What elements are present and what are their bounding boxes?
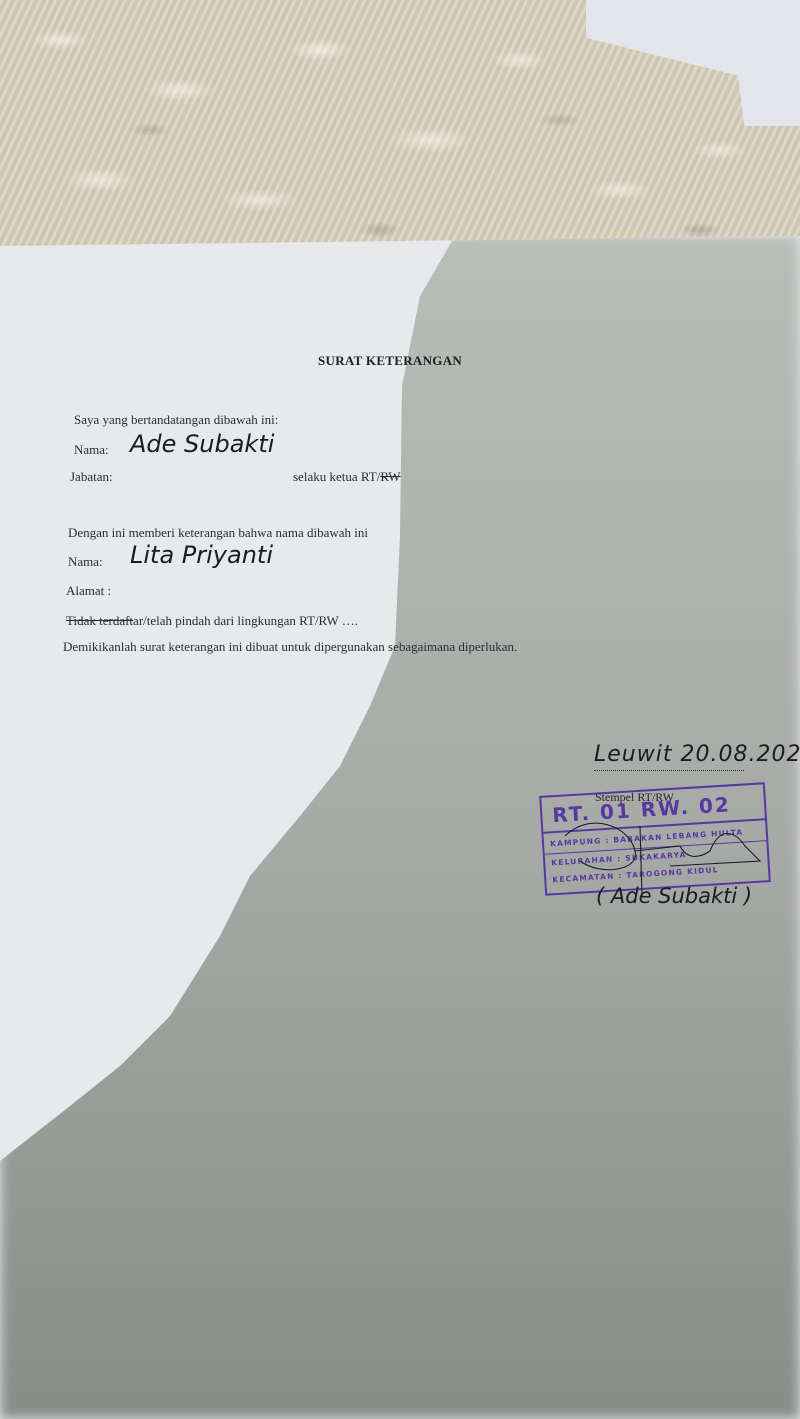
document-body: SURAT KETERANGAN Saya yang bertandatanga… [0, 236, 800, 1419]
statement-text: Dengan ini memberi keterangan bahwa nama… [68, 525, 368, 541]
subject-address-label: Alamat : [66, 583, 111, 599]
signer-position-label: Jabatan: [70, 469, 113, 485]
document-sheet: SURAT KETERANGAN Saya yang bertandatanga… [0, 236, 800, 1419]
struck-status: Tidak terdaft [66, 613, 133, 628]
subject-name-label: Nama: [68, 554, 103, 570]
closing-text: Demikikanlah surat keterangan ini dibuat… [63, 639, 517, 655]
status-text: Tidak terdaftar/telah pindah dari lingku… [66, 613, 358, 629]
subject-name-handwritten: Lita Priyanti [130, 541, 273, 569]
place-date-handwritten: Leuwit 20.08.2025 [594, 742, 800, 767]
signature-name-handwritten: ( Ade Subakti ) [596, 884, 752, 908]
struck-rw: RW [380, 469, 400, 484]
document-title: SURAT KETERANGAN [318, 353, 462, 369]
signature-scribble-icon [560, 806, 780, 896]
stamp-caption: Stempel RT/RW [595, 790, 674, 805]
signer-name-handwritten: Ade Subakti [130, 430, 274, 458]
signer-name-label: Nama: [74, 442, 109, 458]
intro-text: Saya yang bertandatangan dibawah ini: [74, 412, 278, 428]
signer-position-suffix: selaku ketua RT/RW [293, 469, 401, 485]
place-date-dotted-line [594, 770, 744, 771]
